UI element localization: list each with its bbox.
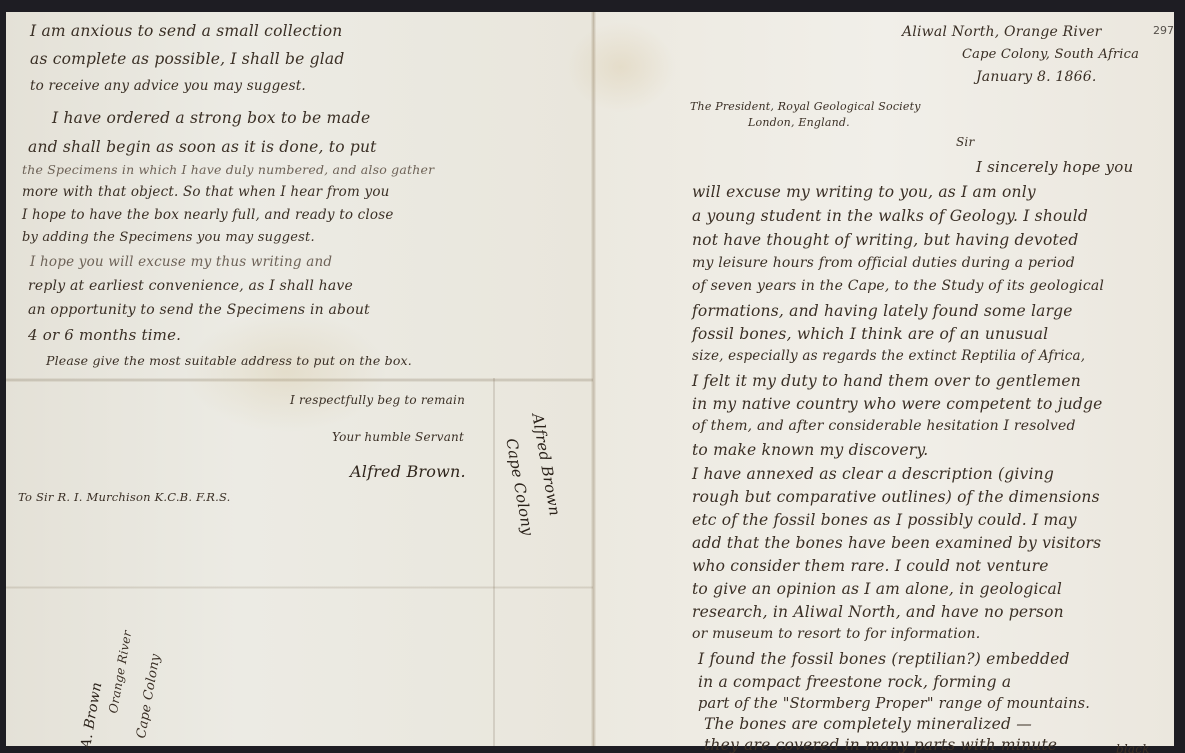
left-line-5: and shall begin as soon as it is done, t…: [28, 138, 377, 156]
right-line-12: of them, and after considerable hesitati…: [692, 418, 1076, 434]
left-line-12: an opportunity to send the Specimens in …: [28, 302, 370, 318]
right-line-24: part of the "Stormberg Proper" range of …: [698, 696, 1090, 712]
inside-address-line-2: London, England.: [748, 116, 850, 129]
letter-date: January 8. 1866.: [976, 69, 1096, 85]
place-line-1: Aliwal North, Orange River: [902, 24, 1102, 40]
right-line-2: will excuse my writing to you, as I am o…: [692, 183, 1036, 201]
right-line-3: a young student in the walks of Geology.…: [692, 207, 1088, 225]
complimentary-close: Your humble Servant: [332, 430, 464, 444]
right-line-19: to give an opinion as I am alone, in geo…: [692, 580, 1062, 598]
paper-stain: [186, 312, 386, 432]
left-line-3: to receive any advice you may suggest.: [30, 78, 306, 94]
right-line-5: my leisure hours from official duties du…: [692, 255, 1075, 271]
right-line-7: formations, and having lately found some…: [692, 302, 1073, 320]
right-line-1: I sincerely hope you: [976, 158, 1133, 176]
right-line-25: The bones are completely mineralized —: [704, 715, 1032, 733]
right-line-11: in my native country who were competent …: [692, 395, 1103, 413]
place-line-2: Cape Colony, South Africa: [962, 47, 1139, 62]
addressee-line: To Sir R. I. Murchison K.C.B. F.R.S.: [18, 490, 231, 504]
catchword: black: [1116, 742, 1150, 753]
left-line-8: I hope to have the box nearly full, and …: [22, 207, 394, 223]
right-line-17: add that the bones have been examined by…: [692, 534, 1101, 552]
right-line-4: not have thought of writing, but having …: [692, 231, 1078, 249]
inside-address-line-1: The President, Royal Geological Society: [690, 100, 921, 113]
left-line-10: I hope you will excuse my thus writing a…: [30, 254, 332, 270]
right-line-14: I have annexed as clear a description (g…: [692, 465, 1054, 483]
salutation: Sir: [956, 135, 974, 149]
right-line-9: size, especially as regards the extinct …: [692, 348, 1085, 364]
paper-stain: [566, 22, 676, 112]
right-line-6: of seven years in the Cape, to the Study…: [692, 278, 1104, 294]
right-line-22: I found the fossil bones (reptilian?) em…: [698, 650, 1070, 668]
left-line-11: reply at earliest convenience, as I shal…: [28, 278, 353, 294]
right-line-10: I felt it my duty to hand them over to g…: [692, 372, 1081, 390]
right-line-20: research, in Aliwal North, and have no p…: [692, 603, 1064, 621]
letter-sheet: I am anxious to send a small collection …: [6, 12, 1174, 746]
docket-fold: [493, 378, 495, 746]
left-line-9: by adding the Specimens you may suggest.: [22, 230, 315, 245]
left-line-2: as complete as possible, I shall be glad: [30, 50, 345, 68]
right-line-8: fossil bones, which I think are of an un…: [692, 325, 1048, 343]
left-line-13: 4 or 6 months time.: [28, 326, 181, 344]
signature: Alfred Brown.: [350, 462, 466, 481]
right-line-18: who consider them rare. I could not vent…: [692, 557, 1049, 575]
right-line-13: to make known my discovery.: [692, 441, 928, 459]
right-line-15: rough but comparative outlines) of the d…: [692, 488, 1100, 506]
right-line-16: etc of the fossil bones as I possibly co…: [692, 511, 1077, 529]
page-number: 297: [1153, 24, 1174, 37]
right-line-23: in a compact freestone rock, forming a: [698, 673, 1011, 691]
lower-fold: [6, 586, 593, 589]
left-line-14: Please give the most suitable address to…: [46, 353, 412, 368]
right-line-21: or museum to resort to for information.: [692, 626, 980, 642]
left-line-7: more with that object. So that when I he…: [22, 184, 390, 200]
left-line-1: I am anxious to send a small collection: [30, 22, 342, 40]
valediction: I respectfully beg to remain: [290, 393, 465, 407]
left-line-6: the Specimens in which I have duly numbe…: [22, 162, 434, 177]
right-line-26: they are covered in many parts with minu…: [704, 736, 1057, 753]
left-line-4: I have ordered a strong box to be made: [52, 109, 370, 127]
